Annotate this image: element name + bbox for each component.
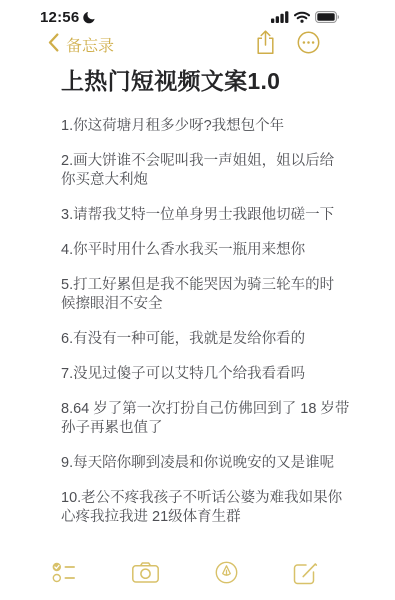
checklist-button[interactable] <box>52 562 77 586</box>
wifi-icon <box>294 11 310 23</box>
note-line: 1.你这荷塘月租多少呀?我想包个年 <box>61 117 365 136</box>
note-line: 10.老公不疼我孩子不听话公婆为难我如果你 <box>61 489 365 508</box>
clock-time: 12:56 <box>40 9 79 26</box>
note-line: 3.请帮我艾特一位单身男士我跟他切磋一下 <box>61 206 365 225</box>
more-options-button[interactable] <box>297 31 320 57</box>
note-item: 10.老公不疼我孩子不听话公婆为难我如果你 心疼我拉我进 21级体育生群 <box>61 489 365 527</box>
note-item: 9.每天陪你聊到凌晨和你说晚安的又是谁呢 <box>61 454 365 473</box>
note-line: 4.你平时用什么香水我买一瓶用来想你 <box>61 241 365 260</box>
note-title: 上热门短视频文案1.0 <box>61 66 365 96</box>
focus-moon-icon <box>83 11 96 24</box>
markup-button[interactable] <box>215 561 238 587</box>
note-line: 候擦眼泪不安全 <box>61 295 365 314</box>
note-item: 4.你平时用什么香水我买一瓶用来想你 <box>61 241 365 260</box>
cellular-signal-icon <box>271 11 289 23</box>
compose-button[interactable] <box>293 561 318 588</box>
bottom-toolbar <box>0 554 395 600</box>
share-button[interactable] <box>256 30 275 58</box>
note-line: 孙子再累也值了 <box>61 419 365 438</box>
note-item: 7.没见过傻子可以艾特几个给我看看吗 <box>61 365 365 384</box>
camera-button[interactable] <box>132 562 159 586</box>
note-line: 5.打工好累但是我不能哭因为骑三轮车的时 <box>61 276 365 295</box>
note-line: 9.每天陪你聊到凌晨和你说晚安的又是谁呢 <box>61 454 365 473</box>
camera-icon <box>132 562 159 586</box>
note-editor[interactable]: 上热门短视频文案1.0 1.你这荷塘月租多少呀?我想包个年 2.画大饼谁不会呢叫… <box>0 58 395 527</box>
note-item: 6.有没有一种可能，我就是发给你看的 <box>61 330 365 349</box>
note-line: 8.64 岁了第一次打扮自己仿佛回到了 18 岁带 <box>61 400 365 419</box>
note-item: 1.你这荷塘月租多少呀?我想包个年 <box>61 117 365 136</box>
battery-icon <box>315 11 340 23</box>
status-bar: 12:56 <box>0 0 395 28</box>
note-item: 2.画大饼谁不会呢叫我一声姐姐，姐以后给 你买意大利炮 <box>61 152 365 190</box>
nav-actions <box>256 30 320 58</box>
compose-icon <box>293 561 318 588</box>
more-options-icon <box>297 31 320 57</box>
note-line: 2.画大饼谁不会呢叫我一声姐姐，姐以后给 <box>61 152 365 171</box>
note-item: 5.打工好累但是我不能哭因为骑三轮车的时 候擦眼泪不安全 <box>61 276 365 314</box>
note-line: 心疼我拉我进 21级体育生群 <box>61 508 365 527</box>
status-left: 12:56 <box>40 9 96 26</box>
notes-app-screen: 12:56 <box>0 0 395 600</box>
checklist-icon <box>52 562 77 586</box>
note-line: 6.有没有一种可能，我就是发给你看的 <box>61 330 365 349</box>
back-button[interactable]: 备忘录 <box>48 33 114 56</box>
share-icon <box>256 30 275 58</box>
note-line: 你买意大利炮 <box>61 171 365 190</box>
back-label: 备忘录 <box>66 33 114 56</box>
nav-bar: 备忘录 <box>0 28 395 58</box>
note-item: 8.64 岁了第一次打扮自己仿佛回到了 18 岁带 孙子再累也值了 <box>61 400 365 438</box>
note-item: 3.请帮我艾特一位单身男士我跟他切磋一下 <box>61 206 365 225</box>
markup-icon <box>215 561 238 587</box>
chevron-left-icon <box>48 33 59 55</box>
status-right <box>271 11 340 23</box>
note-line: 7.没见过傻子可以艾特几个给我看看吗 <box>61 365 365 384</box>
